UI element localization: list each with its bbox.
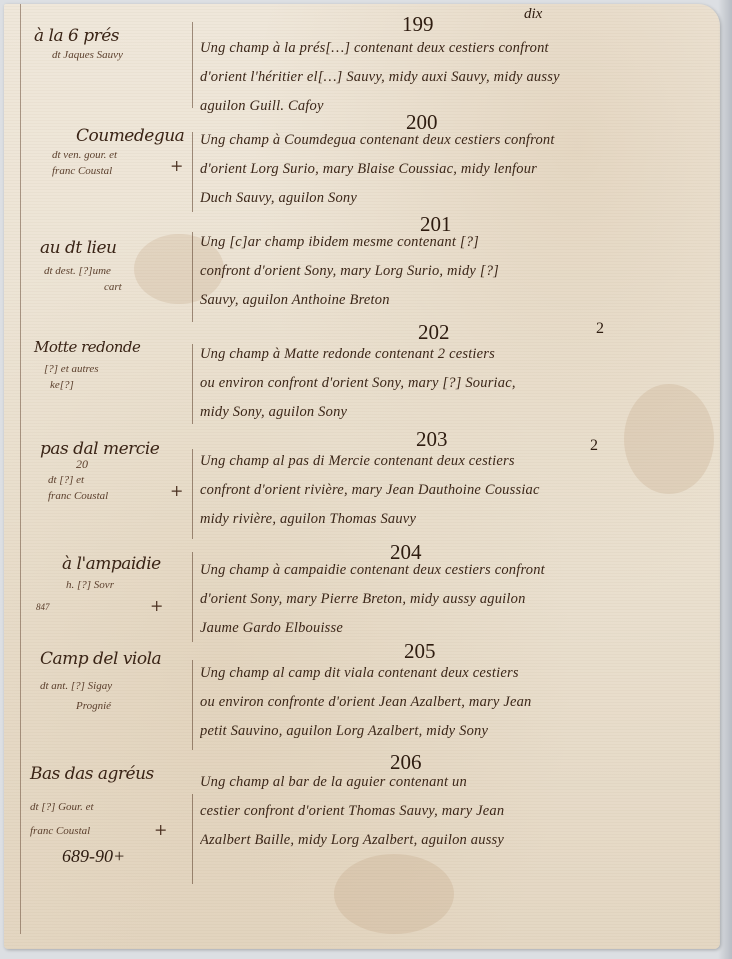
margin-cross-mark: + <box>150 596 163 615</box>
bracket <box>192 552 193 642</box>
margin-title: à l'ampaidie <box>62 554 161 574</box>
margin-note: dt ant. [?] Sigay <box>40 679 112 693</box>
bracket <box>192 794 193 884</box>
bracket <box>192 22 193 108</box>
margin-title: Motte redonde <box>34 338 140 356</box>
entry-text: Ung champ al camp dit viala contenant de… <box>200 659 710 746</box>
text-line: Sauvy, aguilon Anthoine Breton <box>200 286 710 315</box>
text-line: Azalbert Baille, midy Lorg Azalbert, agu… <box>200 826 710 855</box>
entry-text: Ung champ à Coumdegua contenant deux ces… <box>200 126 710 213</box>
margin-note: [?] et autres <box>44 362 99 376</box>
margin-cross-mark: + <box>170 481 183 500</box>
margin-note: cart <box>104 280 122 294</box>
entry-text: Ung champ à Matte redonde contenant 2 ce… <box>200 340 710 427</box>
margin-cross-mark: + <box>170 156 183 175</box>
entry-annotation: 2 <box>596 320 604 338</box>
margin-title: Camp del viola <box>40 649 161 669</box>
text-line: ou environ confront d'orient Sony, mary … <box>200 369 710 398</box>
text-line: midy rivière, aguilon Thomas Sauvy <box>200 505 710 534</box>
margin-title: Coumedegua <box>76 126 184 146</box>
margin-note: franc Coustal <box>52 164 112 178</box>
margin-title: au dt lieu <box>40 238 117 258</box>
text-line: Duch Sauvy, aguilon Sony <box>200 184 710 213</box>
text-line: confront d'orient rivière, mary Jean Dau… <box>200 476 710 505</box>
margin-note: Prognié <box>76 699 111 713</box>
margin-note: ke[?] <box>50 378 74 392</box>
entry-annotation: dix <box>524 6 542 23</box>
text-line: Ung champ à campaidie contenant deux ces… <box>200 556 710 585</box>
text-line: midy Sony, aguilon Sony <box>200 398 710 427</box>
text-line: d'orient Sony, mary Pierre Breton, midy … <box>200 585 710 614</box>
text-line: ou environ confronte d'orient Jean Azalb… <box>200 688 710 717</box>
bracket <box>192 344 193 424</box>
text-line: Ung champ à Coumdegua contenant deux ces… <box>200 126 710 155</box>
text-line: cestier confront d'orient Thomas Sauvy, … <box>200 797 710 826</box>
text-line: d'orient Lorg Surio, mary Blaise Coussia… <box>200 155 710 184</box>
text-line: aguilon Guill. Cafoy <box>200 92 710 121</box>
margin-note: franc Coustal <box>30 824 90 838</box>
side-number: 847 <box>36 600 50 614</box>
text-line: petit Sauvino, aguilon Lorg Azalbert, mi… <box>200 717 710 746</box>
margin-note: franc Coustal <box>48 489 108 503</box>
margin-title: à la 6 prés <box>34 26 119 46</box>
text-line: Ung [c]ar champ ibidem mesme contenant [… <box>200 228 710 257</box>
margin-note: dt ven. gour. et <box>52 148 117 162</box>
entry-text: Ung [c]ar champ ibidem mesme contenant [… <box>200 228 710 315</box>
text-line: confront d'orient Sony, mary Lorg Surio,… <box>200 257 710 286</box>
bracket <box>192 660 193 750</box>
margin-cross-mark: + <box>154 820 167 839</box>
text-line: Ung champ al pas di Mercie contenant deu… <box>200 447 710 476</box>
manuscript-page: 199 dix à la 6 prés dt Jaques Sauvy Ung … <box>4 4 720 949</box>
margin-note: dt Jaques Sauvy <box>52 48 123 62</box>
bracket <box>192 232 193 322</box>
entry-text: Ung champ à campaidie contenant deux ces… <box>200 556 710 643</box>
entry-text: Ung champ à la prés[…] contenant deux ce… <box>200 34 710 121</box>
text-line: Jaume Gardo Elbouisse <box>200 614 710 643</box>
paper-stain <box>334 854 454 934</box>
margin-note: dt [?] Gour. et <box>30 800 94 814</box>
bracket <box>192 132 193 212</box>
text-line: Ung champ à Matte redonde contenant 2 ce… <box>200 340 710 369</box>
margin-note: dt dest. [?]ume <box>44 264 111 278</box>
margin-rule <box>20 4 21 934</box>
entry-text: Ung champ al pas di Mercie contenant deu… <box>200 447 710 534</box>
margin-note: h. [?] Sovr <box>66 578 114 592</box>
text-line: Ung champ al bar de la aguier contenant … <box>200 768 710 797</box>
bracket <box>192 449 193 539</box>
margin-title: pas dal mercie <box>40 439 159 459</box>
text-line: Ung champ al camp dit viala contenant de… <box>200 659 710 688</box>
margin-footer-note: 689-90+ <box>62 846 125 867</box>
margin-note: 20 <box>76 457 88 471</box>
margin-note: dt [?] et <box>48 473 84 487</box>
margin-title: Bas das agréus <box>30 764 154 784</box>
text-line: d'orient l'héritier el[…] Sauvy, midy au… <box>200 63 710 92</box>
entry-text: Ung champ al bar de la aguier contenant … <box>200 768 710 855</box>
page-edge-shadow <box>718 0 732 959</box>
text-line: Ung champ à la prés[…] contenant deux ce… <box>200 34 710 63</box>
